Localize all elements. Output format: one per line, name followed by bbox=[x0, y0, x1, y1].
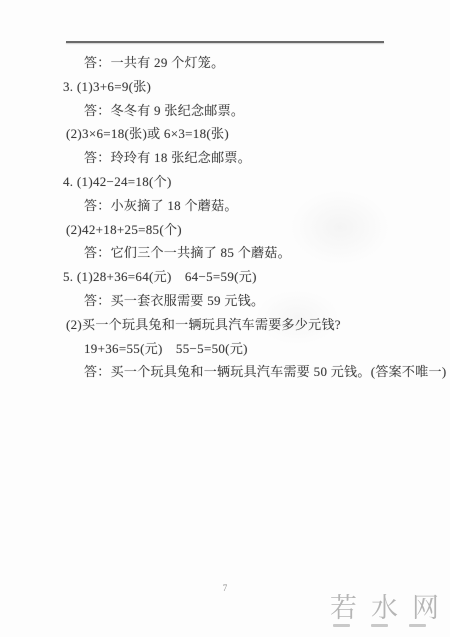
watermark-logo-text: 若水网 bbox=[330, 594, 448, 623]
q5-part1-answer: 答：买一套衣服需要 59 元钱。 bbox=[0, 289, 450, 313]
q5-part1-equation: 5. (1)28+36=64(元) 64−5=59(元) bbox=[0, 265, 450, 289]
q3-part2-equation: (2)3×6=18(张)或 6×3=18(张) bbox=[0, 122, 450, 146]
watermark-subtext-marks bbox=[330, 624, 448, 627]
q4-part2-answer: 答：它们三个一共摘了 85 个蘑菇。 bbox=[0, 241, 450, 265]
document-page: 答：一共有 29 个灯笼。 3. (1)3+6=9(张) 答：冬冬有 9 张纪念… bbox=[0, 0, 450, 637]
q5-part2-equation: 19+36=55(元) 55−5=50(元) bbox=[0, 337, 450, 361]
q5-part2-question: (2)买一个玩具兔和一辆玩具汽车需要多少元钱? bbox=[0, 313, 450, 337]
answer-lanterns: 答：一共有 29 个灯笼。 bbox=[0, 51, 450, 75]
watermark: 若水网 bbox=[330, 594, 448, 627]
watermark-subtext-mark bbox=[371, 624, 388, 627]
answers-content: 答：一共有 29 个灯笼。 3. (1)3+6=9(张) 答：冬冬有 9 张纪念… bbox=[0, 51, 450, 384]
page-number: 7 bbox=[219, 583, 231, 593]
q3-part1-equation: 3. (1)3+6=9(张) bbox=[0, 75, 450, 99]
watermark-subtext-mark bbox=[333, 624, 350, 627]
q3-part2-answer: 答：玲玲有 18 张纪念邮票。 bbox=[0, 146, 450, 170]
q4-part2-equation: (2)42+18+25=85(个) bbox=[0, 218, 450, 242]
section-divider-rule bbox=[66, 41, 384, 43]
q5-part2-answer: 答：买一个玩具兔和一辆玩具汽车需要 50 元钱。(答案不唯一) bbox=[0, 360, 450, 384]
watermark-subtext-mark bbox=[409, 624, 426, 627]
q3-part1-answer: 答：冬冬有 9 张纪念邮票。 bbox=[0, 99, 450, 123]
q4-part1-equation: 4. (1)42−24=18(个) bbox=[0, 170, 450, 194]
q4-part1-answer: 答：小灰摘了 18 个蘑菇。 bbox=[0, 194, 450, 218]
